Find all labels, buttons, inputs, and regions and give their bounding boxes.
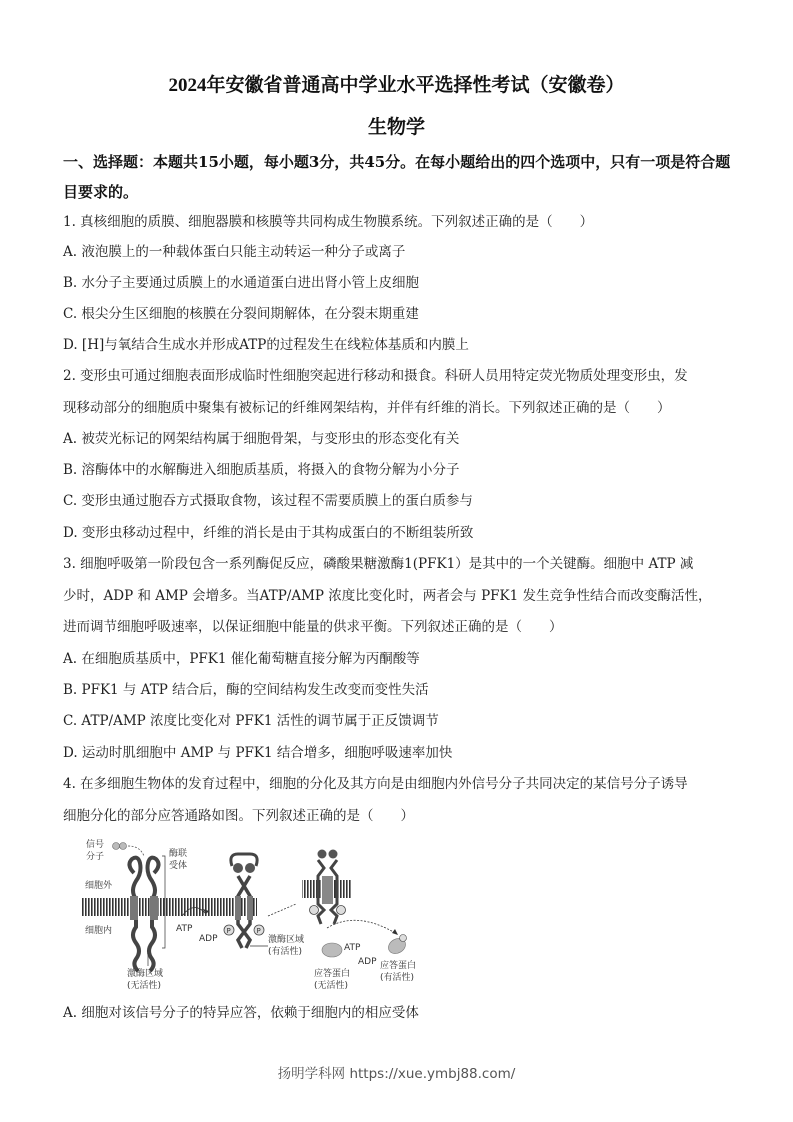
label-receptor-2: 受体 [169, 859, 187, 871]
exam-title: 2024年安徽省普通高中学业水平选择性考试（安徽卷） [0, 70, 793, 97]
label-kinase-inactive-1: 激酶区域 [127, 967, 163, 979]
question-1-option-d: D. [H]与氧结合生成水并形成ATP的过程发生在线粒体基质和内膜上 [63, 335, 733, 355]
label-kinase-active-1: 激酶区域 [268, 933, 304, 945]
question-3-stem-line-2: 少时，ADP 和 AMP 会增多。当ATP/AMP 浓度比变化时，两者会与 PF… [63, 586, 733, 606]
label-response-active-2: (有活性) [380, 971, 414, 983]
label-outside: 细胞外 [85, 879, 113, 891]
question-1-option-a: A. 液泡膜上的一种载体蛋白只能主动转运一种分子或离子 [63, 242, 733, 262]
question-1-option-b: B. 水分子主要通过质膜上的水通道蛋白进出肾小管上皮细胞 [63, 273, 733, 293]
question-2-option-d: D. 变形虫移动过程中，纤维的消长是由于其构成蛋白的不断组装所致 [63, 523, 733, 543]
label-inside: 细胞内 [85, 924, 112, 936]
question-3-stem-line-1: 3. 细胞呼吸第一阶段包含一系列酶促反应，磷酸果糖激酶1(PFK1）是其中的一个… [63, 554, 733, 574]
question-3-option-d: D. 运动时肌细胞中 AMP 与 PFK1 结合增多，细胞呼吸速率加快 [63, 743, 733, 763]
label-kinase-inactive-2: (无活性) [127, 979, 161, 991]
question-2-stem-line-2: 现移动部分的细胞质中聚集有被标记的纤维网架结构，并伴有纤维的消长。下列叙述正确的… [63, 398, 733, 418]
label-kinase-active-2: (有活性) [268, 945, 302, 957]
label-response-active-1: 应答蛋白 [380, 959, 416, 971]
signaling-pathway-figure: 信号 分子 酶联 受体 细胞外 细胞内 激酶区域 (无活性) ATP ADP [82, 838, 442, 993]
label-receptor-1: 酶联 [169, 847, 187, 859]
question-3-option-b: B. PFK1 与 ATP 结合后，酶的空间结构发生改变而变性失活 [63, 680, 733, 700]
question-3-stem-line-3: 进而调节细胞呼吸速率，以保证细胞中能量的供求平衡。下列叙述正确的是（ ） [63, 617, 733, 637]
section-heading: 一、选择题：本题共15小题，每小题3分，共45分。在每小题给出的四个选项中，只有… [63, 147, 733, 207]
watermark-footer: 扬明学科网 https://xue.ymbj88.com/ [0, 1062, 793, 1082]
label-signal-molecule-1: 信号 [86, 838, 104, 850]
question-1-option-c: C. 根尖分生区细胞的核膜在分裂间期解体，在分裂末期重建 [63, 304, 733, 324]
label-atp-1: ATP [176, 924, 193, 934]
label-atp-2: ATP [344, 943, 361, 953]
question-4-stem-line-1: 4. 在多细胞生物体的发育过程中，细胞的分化及其方向是由细胞内外信号分子共同决定… [63, 774, 733, 794]
question-2-option-a: A. 被荧光标记的网架结构属于细胞骨架，与变形虫的形态变化有关 [63, 429, 733, 449]
response-protein-inactive [322, 943, 342, 957]
question-1-stem: 1. 真核细胞的质膜、细胞器膜和核膜等共同构成生物膜系统。下列叙述正确的是（ ） [63, 212, 733, 232]
label-signal-molecule-2: 分子 [86, 850, 104, 862]
question-2-stem-line-1: 2. 变形虫可通过细胞表面形成临时性细胞突起进行移动和摄食。科研人员用特定荧光物… [63, 366, 733, 386]
question-3-option-a: A. 在细胞质基质中，PFK1 催化葡萄糖直接分解为丙酮酸等 [63, 649, 733, 669]
signal-molecule [113, 843, 145, 857]
label-adp-2: ADP [358, 957, 377, 967]
label-response-inactive-2: (无活性) [314, 979, 348, 991]
question-3-option-c: C. ATP/AMP 浓度比变化对 PFK1 活性的调节属于正反馈调节 [63, 711, 733, 731]
subject-title: 生物学 [0, 112, 793, 139]
phosphate-label-2: P [257, 927, 261, 935]
exam-page: 2024年安徽省普通高中学业水平选择性考试（安徽卷） 生物学 一、选择题：本题共… [0, 0, 793, 1122]
question-2-option-b: B. 溶酶体中的水解酶进入细胞质基质，将摄入的食物分解为小分子 [63, 460, 733, 480]
membrane-panel-1 [82, 898, 257, 916]
question-2-option-c: C. 变形虫通过胞吞方式摄取食物，该过程不需要质膜上的蛋白质参与 [63, 491, 733, 511]
label-adp-1: ADP [199, 934, 218, 944]
label-response-inactive-1: 应答蛋白 [314, 967, 350, 979]
question-4-option-a: A. 细胞对该信号分子的特异应答，依赖于细胞内的相应受体 [63, 1003, 733, 1023]
question-4-stem-line-2: 细胞分化的部分应答通路如图。下列叙述正确的是（ ） [63, 806, 733, 826]
phosphate-label-1: P [227, 927, 231, 935]
